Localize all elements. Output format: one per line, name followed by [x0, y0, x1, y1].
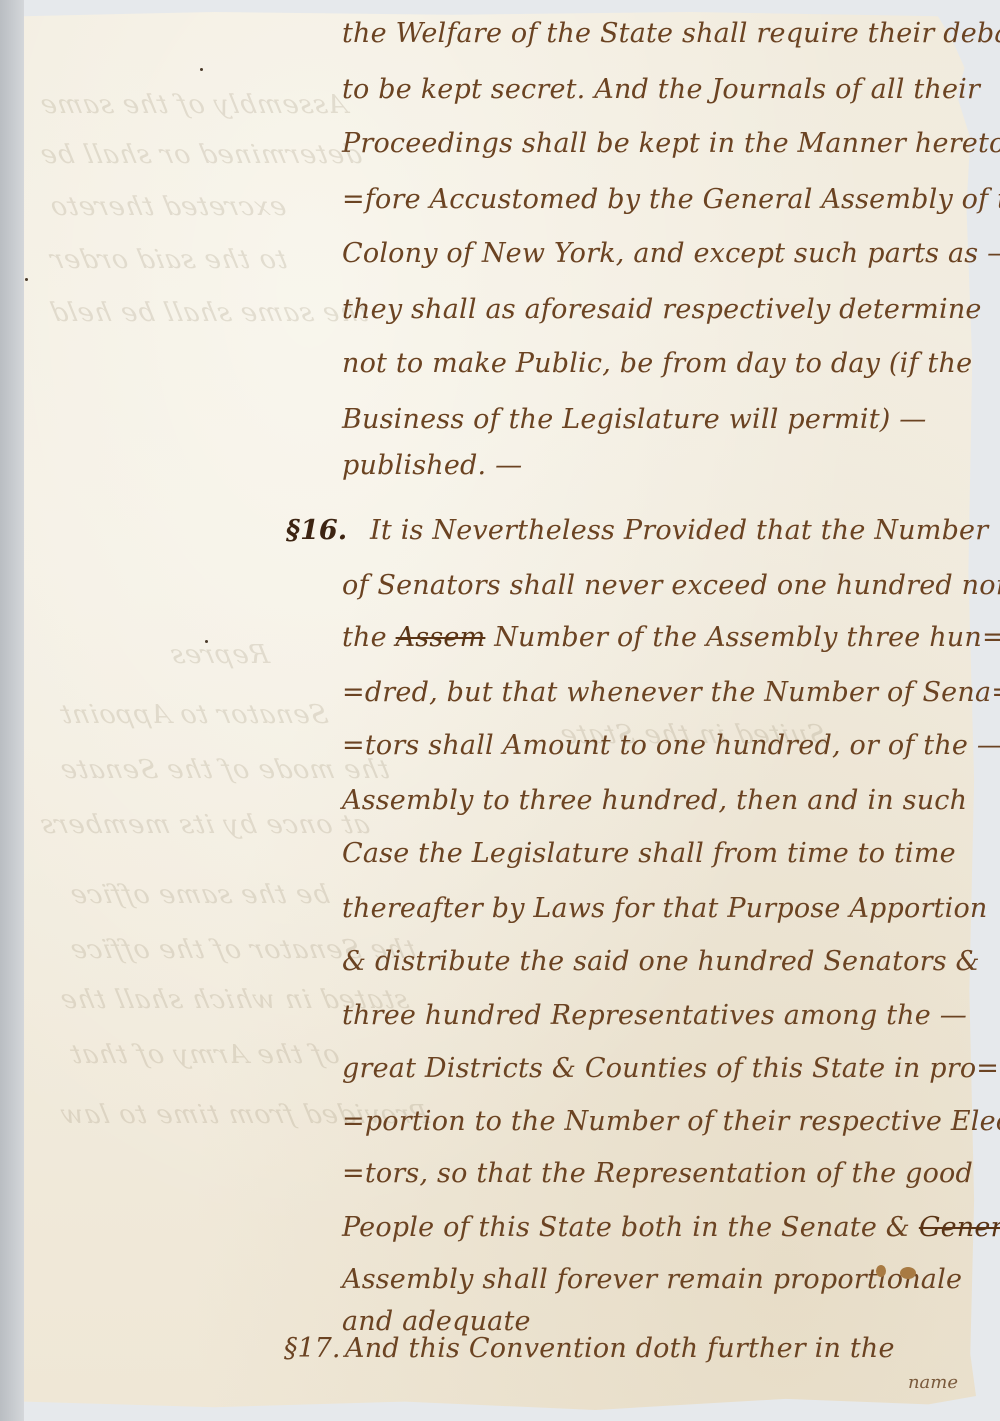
text-line: Proceedings shall be kept in the Manner … — [342, 128, 1000, 159]
text-line: the Welfare of the State shall require t… — [342, 18, 1000, 49]
bleed-through-text: excreted thereto — [47, 192, 289, 222]
text-line: three hundred Representatives among the … — [342, 1000, 967, 1031]
text-line: not to make Public, be from day to day (… — [342, 348, 972, 379]
bleed-through-text: Senator to Appoint — [57, 700, 331, 730]
text-line: Case the Legislature shall from time to … — [342, 838, 956, 869]
section-number: §16. — [286, 515, 347, 546]
text-line: published. — — [342, 450, 522, 481]
text-line: =dred, but that whenever the Number of S… — [342, 677, 1000, 708]
text-line: And this Convention doth further in the — [345, 1333, 895, 1364]
text-line: to be kept secret. And the Journals of a… — [342, 74, 980, 105]
text-fragment: the — [342, 622, 396, 653]
bleed-through-text: to the said order — [47, 245, 290, 275]
paper-speck — [25, 278, 28, 281]
text-line-with-deletion: the Assem Number of the Assembly three h… — [342, 622, 1000, 653]
text-line: =tors shall Amount to one hundred, or of… — [342, 730, 1000, 761]
bleed-through-text: Assembly of the same — [37, 90, 350, 120]
text-line: Assembly shall forever remain proportion… — [342, 1264, 962, 1295]
ink-stain — [900, 1267, 916, 1279]
bleed-through-text: determined or shall be — [37, 140, 365, 170]
section-number: §17. — [284, 1333, 340, 1364]
bleed-through-text: Repres — [167, 640, 272, 670]
bleed-through-text: the same shall be held — [47, 298, 371, 328]
bleed-through-text: of the Army of that — [67, 1040, 342, 1070]
text-line: =tors, so that the Representation of the… — [342, 1158, 973, 1189]
text-line: & distribute the said one hundred Senato… — [342, 946, 980, 977]
text-line: Colony of New York, and except such part… — [342, 238, 1000, 269]
bleed-through-text: at once by its members — [37, 810, 373, 840]
paper-speck — [205, 640, 208, 643]
struck-word: General — [919, 1212, 1000, 1243]
section-marker-16: §16. — [286, 515, 347, 546]
struck-word: Assem — [396, 622, 486, 653]
text-line-with-deletion: People of this State both in the Senate … — [342, 1212, 1000, 1243]
catchword: name — [908, 1372, 958, 1393]
text-line: =fore Accustomed by the General Assembly… — [342, 184, 1000, 215]
text-fragment: People of this State both in the Senate … — [342, 1212, 919, 1243]
text-line: =portion to the Number of their respecti… — [342, 1106, 1000, 1137]
text-line: of Senators shall never exceed one hundr… — [342, 570, 1000, 601]
bleed-through-text: be the same office — [67, 880, 333, 910]
text-line: they shall as aforesaid respectively det… — [342, 294, 982, 325]
text-line: Business of the Legislature will permit)… — [342, 404, 927, 435]
section-marker-17: §17. — [284, 1333, 340, 1364]
text-line: Assembly to three hundred, then and in s… — [342, 785, 967, 816]
text-line: thereafter by Laws for that Purpose Appo… — [342, 893, 988, 924]
scanner-background-strip — [0, 0, 24, 1421]
paper-speck — [200, 68, 203, 71]
text-fragment: Number of the Assembly three hun= — [485, 622, 1000, 653]
text-line: great Districts & Counties of this State… — [342, 1053, 999, 1084]
ink-stain — [876, 1265, 886, 1277]
text-line: It is Nevertheless Provided that the Num… — [370, 515, 988, 546]
